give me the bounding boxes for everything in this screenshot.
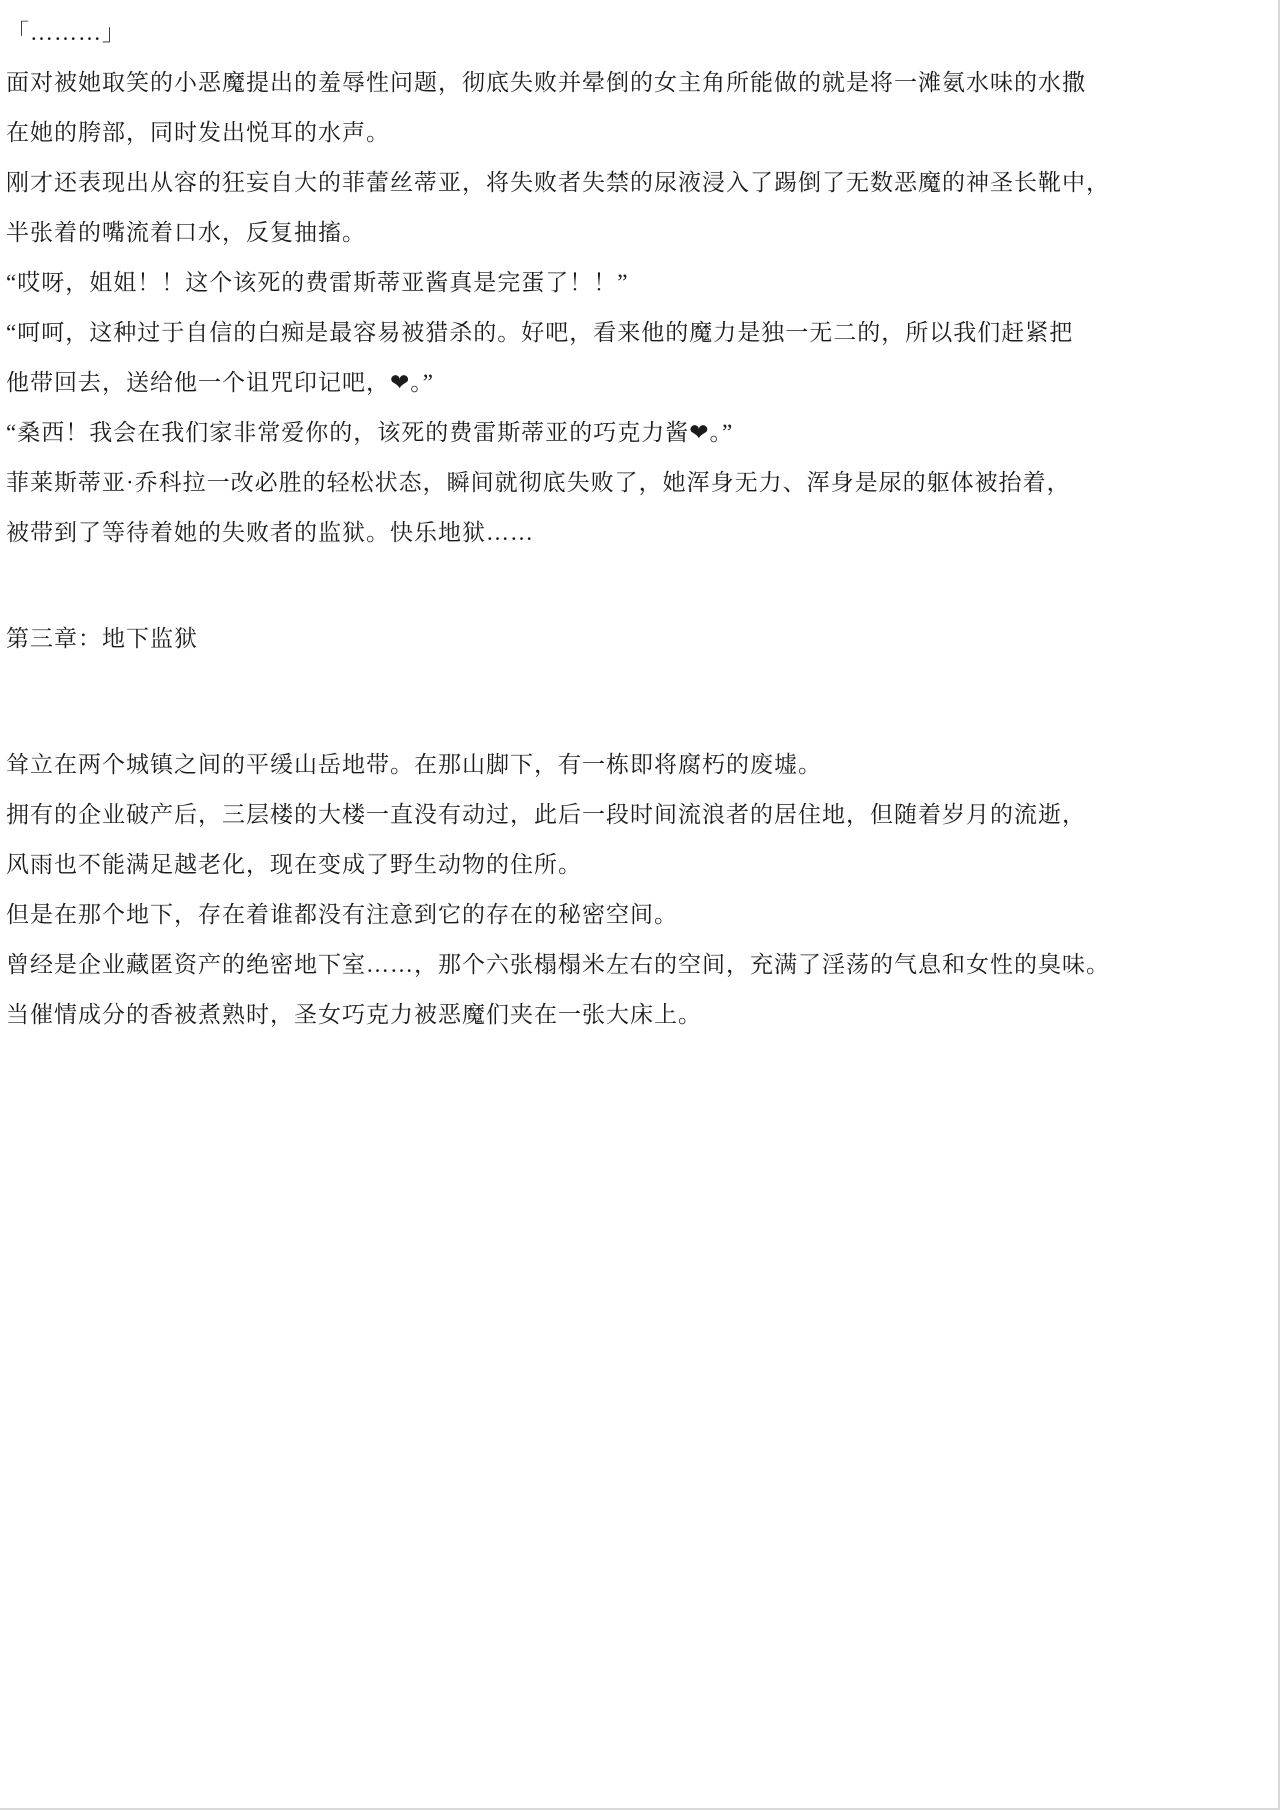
paragraph-block-1: 「………」 面对被她取笑的小恶魔提出的羞辱性问题，彻底失败并晕倒的女主角所能做的… bbox=[6, 8, 1278, 558]
text-line: 曾经是企业藏匿资产的绝密地下室……，那个六张榻榻米左右的空间，充满了淫荡的气息和… bbox=[6, 940, 1278, 990]
text-line: 但是在那个地下，存在着谁都没有注意到它的存在的秘密空间。 bbox=[6, 890, 1278, 940]
document-page: 「………」 面对被她取笑的小恶魔提出的羞辱性问题，彻底失败并晕倒的女主角所能做的… bbox=[0, 0, 1280, 1810]
text-line: “呵呵，这种过于自信的白痴是最容易被猎杀的。好吧，看来他的魔力是独一无二的，所以… bbox=[6, 308, 1278, 358]
text-line: 刚才还表现出从容的狂妄自大的菲蕾丝蒂亚，将失败者失禁的尿液浸入了踢倒了无数恶魔的… bbox=[6, 158, 1278, 208]
text-line: 风雨也不能满足越老化，现在变成了野生动物的住所。 bbox=[6, 840, 1278, 890]
text-line: 半张着的嘴流着口水，反复抽搐。 bbox=[6, 208, 1278, 258]
text-line: “哎呀，姐姐！！这个该死的费雷斯蒂亚酱真是完蛋了！！” bbox=[6, 258, 1278, 308]
text-line: 当催情成分的香被煮熟时，圣女巧克力被恶魔们夹在一张大床上。 bbox=[6, 990, 1278, 1040]
text-line: 面对被她取笑的小恶魔提出的羞辱性问题，彻底失败并晕倒的女主角所能做的就是将一滩氨… bbox=[6, 58, 1278, 108]
paragraph-block-2: 耸立在两个城镇之间的平缓山岳地带。在那山脚下，有一栋即将腐朽的废墟。 拥有的企业… bbox=[6, 740, 1278, 1040]
text-line: 他带回去，送给他一个诅咒印记吧，❤。” bbox=[6, 358, 1278, 408]
text-line: 「………」 bbox=[6, 8, 1278, 58]
text-line: 耸立在两个城镇之间的平缓山岳地带。在那山脚下，有一栋即将腐朽的废墟。 bbox=[6, 740, 1278, 790]
text-line: 菲莱斯蒂亚·乔科拉一改必胜的轻松状态，瞬间就彻底失败了，她浑身无力、浑身是尿的躯… bbox=[6, 458, 1278, 508]
text-line: 拥有的企业破产后，三层楼的大楼一直没有动过，此后一段时间流浪者的居住地，但随着岁… bbox=[6, 790, 1278, 840]
text-line: 在她的胯部，同时发出悦耳的水声。 bbox=[6, 108, 1278, 158]
blank-gap bbox=[6, 558, 1278, 614]
blank-gap bbox=[6, 664, 1278, 740]
text-line: 被带到了等待着她的失败者的监狱。快乐地狱…… bbox=[6, 508, 1278, 558]
chapter-heading: 第三章：地下监狱 bbox=[6, 614, 1278, 664]
text-line: “桑西！我会在我们家非常爱你的，该死的费雷斯蒂亚的巧克力酱❤。” bbox=[6, 408, 1278, 458]
